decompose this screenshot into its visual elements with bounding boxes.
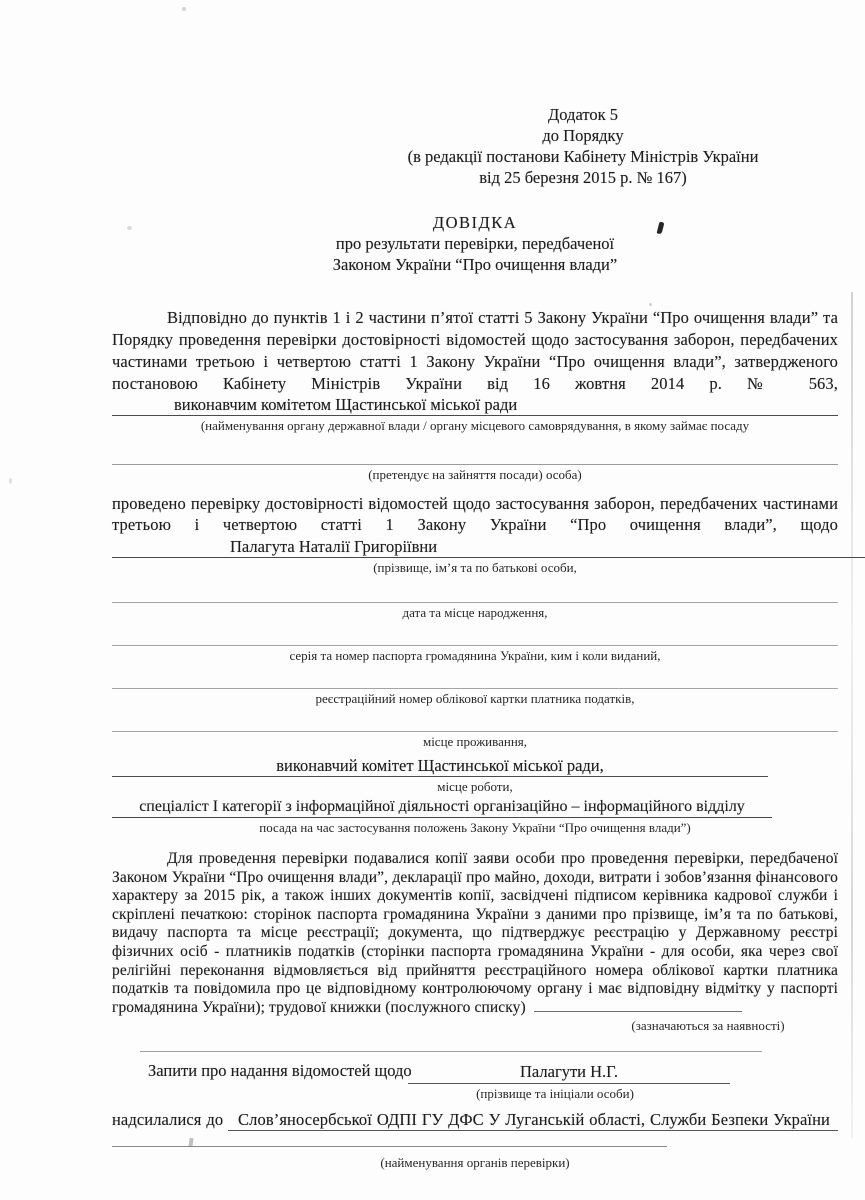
sent-to-paragraph: надсилалися до Слов’яносербської ОДПІ ГУ… bbox=[112, 1109, 838, 1153]
title-line-main: ДОВІДКА bbox=[112, 212, 838, 233]
title-line: Законом України “Про очищення влади” bbox=[112, 254, 838, 275]
fill-in-blank-line bbox=[534, 999, 742, 1012]
birth-caption: дата та місце народження, bbox=[112, 605, 838, 621]
position-field: спеціаліст І категорії з інформаційної д… bbox=[112, 797, 772, 818]
documents-text: Для проведення перевірки подавалися копі… bbox=[112, 850, 838, 1016]
taxnumber-caption: реєстраційний номер облікової картки пла… bbox=[112, 691, 838, 707]
scan-speck bbox=[649, 303, 652, 306]
annex-line: до Порядку bbox=[342, 125, 824, 146]
workplace-value: виконавчий комітет Щастинської міської р… bbox=[276, 756, 604, 775]
position-value: спеціаліст І категорії з інформаційної д… bbox=[139, 798, 745, 815]
position-caption: посада на час застосування положень Зако… bbox=[112, 820, 838, 836]
taxnumber-blank-line bbox=[112, 668, 838, 689]
person-name-value: Палагута Наталії Григоріївни bbox=[230, 537, 437, 556]
check-clause-paragraph: проведено перевірку достовірності відомо… bbox=[112, 493, 838, 535]
requests-row: Запити про надання відомостей щодо Палаг… bbox=[112, 1061, 838, 1084]
title-line: про результати перевірки, передбаченої bbox=[112, 233, 838, 254]
blank-line bbox=[140, 1039, 762, 1052]
requests-person-field: Палагути Н.Г. bbox=[408, 1061, 730, 1084]
passport-blank-line bbox=[112, 625, 838, 646]
person-name-field: Палагута Наталії Григоріївни bbox=[112, 537, 865, 558]
workplace-caption: місце роботи, bbox=[112, 779, 838, 795]
documents-caption: (зазначаються за наявності) bbox=[547, 1018, 865, 1034]
claimant-blank-line bbox=[112, 450, 838, 465]
documents-paragraph: Для проведення перевірки подавалися копі… bbox=[112, 850, 838, 1017]
sent-to-caption: (найменування органів перевірки) bbox=[112, 1155, 838, 1171]
intro-paragraph: Відповідно до пунктів 1 і 2 частини п’ят… bbox=[112, 307, 838, 395]
workplace-field: виконавчий комітет Щастинської міської р… bbox=[112, 756, 768, 777]
scan-speck bbox=[182, 7, 186, 11]
org-name-caption: (найменування органу державної влади / о… bbox=[112, 418, 838, 434]
org-name-field: виконавчим комітетом Щастинської міської… bbox=[112, 395, 838, 416]
fill-in-blank-line bbox=[112, 1134, 667, 1147]
claimant-caption: (претендує на зайняття посади) особа) bbox=[112, 467, 838, 483]
scan-speck bbox=[127, 226, 132, 230]
residence-blank-line bbox=[112, 711, 838, 732]
requests-caption: (прізвище та ініціали особи) bbox=[394, 1086, 716, 1102]
sent-to-lead: надсилалися до bbox=[112, 1110, 223, 1129]
annex-reference-block: Додаток 5 до Порядку (в редакції постано… bbox=[342, 0, 824, 188]
sent-to-value: Слов’яносербської ОДПІ ГУ ДФС У Луганськ… bbox=[228, 1110, 838, 1131]
document-content: Додаток 5 до Порядку (в редакції постано… bbox=[112, 0, 838, 1171]
requests-lead: Запити про надання відомостей щодо bbox=[148, 1061, 412, 1081]
person-name-caption: (прізвище, ім’я та по батькові особи, bbox=[112, 560, 838, 576]
annex-line: від 25 березня 2015 р. № 167) bbox=[342, 167, 824, 188]
residence-caption: місце проживання, bbox=[112, 734, 838, 750]
annex-line: (в редакції постанови Кабінету Міністрів… bbox=[342, 146, 824, 167]
passport-caption: серія та номер паспорта громадянина Укра… bbox=[112, 648, 838, 664]
birth-blank-line bbox=[112, 582, 838, 603]
scanned-document-page: Додаток 5 до Порядку (в редакції постано… bbox=[0, 0, 865, 1200]
annex-line: Додаток 5 bbox=[342, 104, 824, 125]
scan-edge-line bbox=[851, 292, 853, 1138]
scan-speck bbox=[9, 478, 12, 484]
document-title: ДОВІДКА про результати перевірки, передб… bbox=[112, 212, 838, 275]
org-name-value: виконавчим комітетом Щастинської міської… bbox=[174, 395, 517, 414]
